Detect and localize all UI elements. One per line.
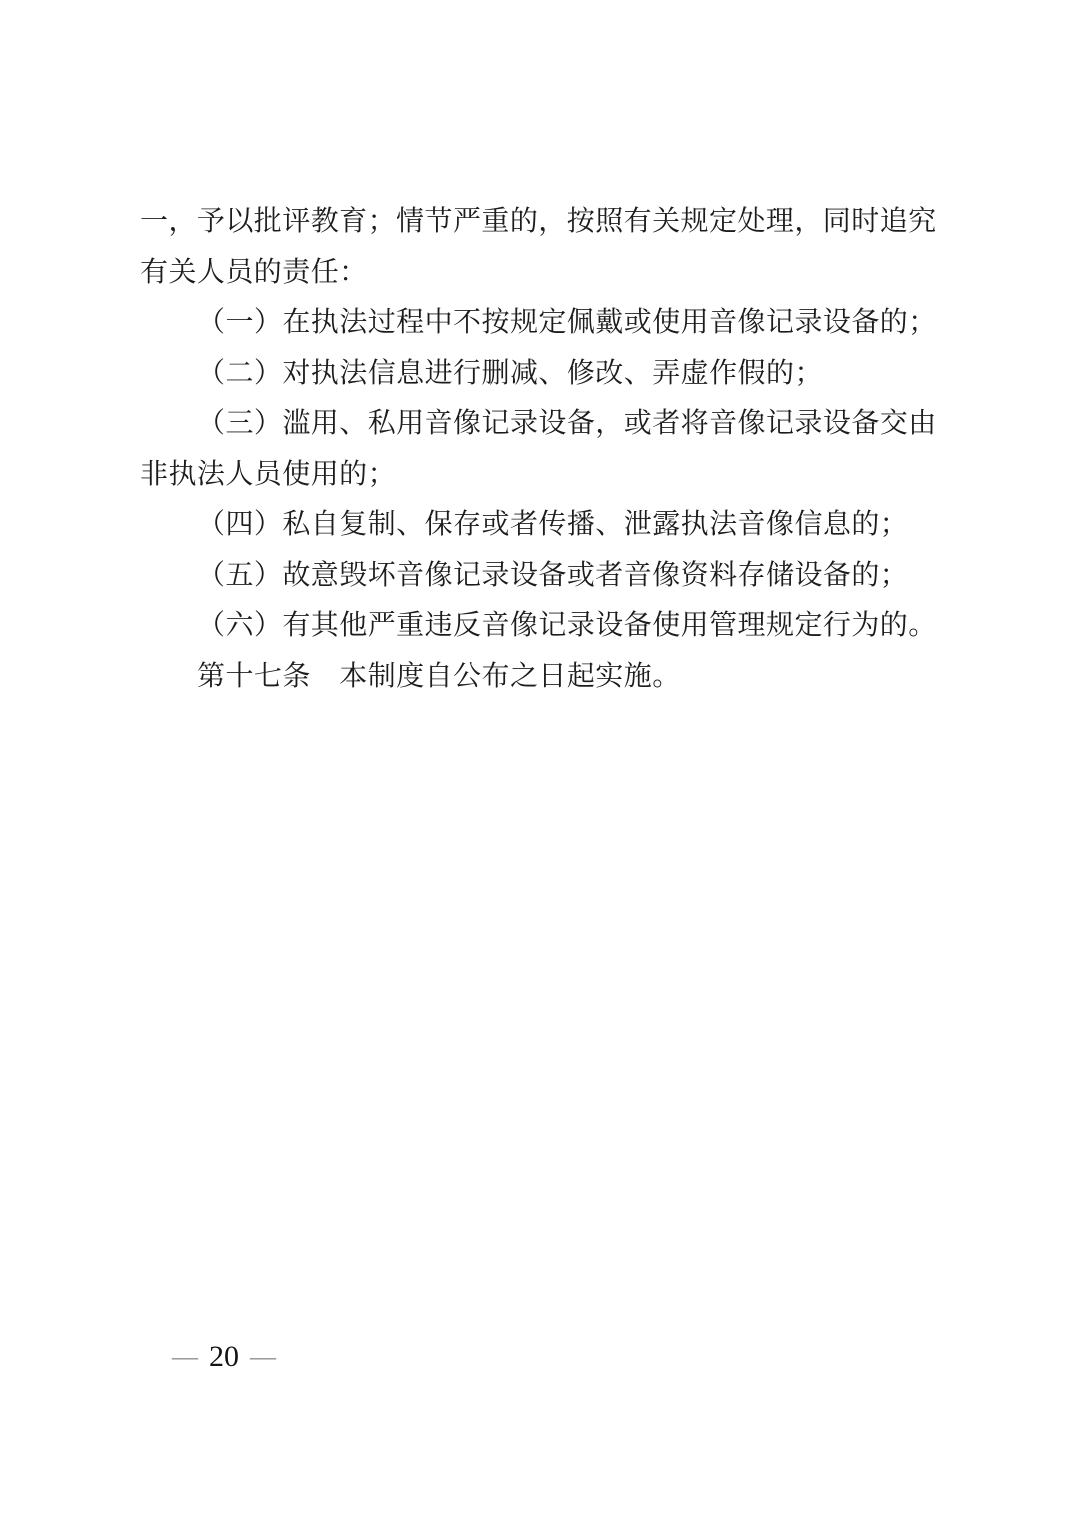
footer-dash-right: — — [250, 1340, 276, 1374]
footer-dash-left: — — [172, 1340, 198, 1374]
text-line-article-17: 第十七条 本制度自公布之日起实施。 — [140, 652, 952, 703]
text-line-item-3: （三）滥用、私用音像记录设备，或者将音像记录设备交由 — [140, 399, 952, 450]
text-line-item-6: （六）有其他严重违反音像记录设备使用管理规定行为的。 — [140, 601, 952, 652]
page-footer: — 20 — — [172, 1340, 276, 1374]
document-text: 一，予以批评教育；情节严重的，按照有关规定处理，同时追究 有关人员的责任： （一… — [140, 197, 952, 702]
text-line-item-2: （二）对执法信息进行删减、修改、弄虚作假的； — [140, 349, 952, 400]
text-line: 有关人员的责任： — [140, 248, 952, 299]
text-line-item-5: （五）故意毁坏音像记录设备或者音像资料存储设备的； — [140, 551, 952, 602]
page-number: 20 — [209, 1340, 239, 1374]
document-page: 一，予以批评教育；情节严重的，按照有关规定处理，同时追究 有关人员的责任： （一… — [0, 0, 1074, 1520]
text-line-item-4: （四）私自复制、保存或者传播、泄露执法音像信息的； — [140, 500, 952, 551]
text-line-item-1: （一）在执法过程中不按规定佩戴或使用音像记录设备的； — [140, 298, 952, 349]
text-line: 非执法人员使用的； — [140, 450, 952, 501]
text-line: 一，予以批评教育；情节严重的，按照有关规定处理，同时追究 — [140, 197, 952, 248]
